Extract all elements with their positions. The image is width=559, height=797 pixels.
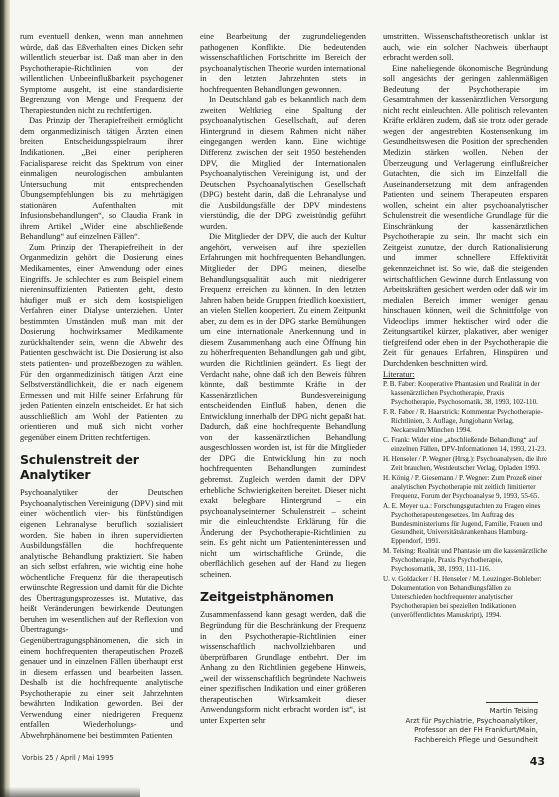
body-paragraph: In Deutschland gab es bekanntlich nach d… xyxy=(200,95,366,232)
author-divider xyxy=(486,702,538,703)
body-paragraph: Das Prinzip der Therapiefreiheit ermögli… xyxy=(20,116,183,243)
literature-list: P. B. Faber: Kooperative Phantasien und … xyxy=(383,380,548,620)
author-affiliation-line: Arzt für Psychiatrie, Psychoanalytiker, xyxy=(388,717,538,727)
literature-item: M. Teising: Realität und Phantasie um di… xyxy=(383,547,548,574)
body-paragraph: Die Mitglieder der DPV, die auch der Kul… xyxy=(200,232,366,580)
literature-heading: Literatur: xyxy=(383,370,548,381)
body-paragraph: umstritten. Wissenschaftstheoretisch unk… xyxy=(383,32,548,64)
body-paragraph: Eine naheliegende ökonomische Begründung… xyxy=(383,64,548,370)
right-column: umstritten. Wissenschaftstheoretisch unk… xyxy=(383,32,548,621)
literature-item: P. B. Faber: Kooperative Phantasien und … xyxy=(383,380,548,407)
book-binding-edge xyxy=(0,0,10,797)
body-paragraph: Psychoanalytiker der Deutschen Psychoana… xyxy=(20,488,183,741)
literature-item: U. v. Goldacker / H. Henseler / M. Leuzi… xyxy=(383,575,548,620)
scan-shadow xyxy=(0,787,140,797)
literature-item: F. R. Faber / R. Haarstrick: Kommentar P… xyxy=(383,408,548,435)
literature-item: H. Henseler / P. Wegner (Hrsg.): Psychoa… xyxy=(383,455,548,473)
section-heading: Zeitgeistphänomen xyxy=(200,589,366,604)
author-affiliation-line: Fachbereich Pflege und Gesundheit xyxy=(388,736,538,746)
publication-footer: Vorbis 25 / April / Mai 1995 xyxy=(22,754,114,762)
middle-column: eine Bearbeitung der zugrundeliegenden p… xyxy=(200,32,366,726)
body-paragraph: Zum Prinzip der Therapiefreiheit in der … xyxy=(20,243,183,443)
body-paragraph: eine Bearbeitung der zugrundeliegenden p… xyxy=(200,32,366,95)
magazine-page: rum eventuell denken, wenn man annehmen … xyxy=(10,0,559,797)
author-name: Martin Teising xyxy=(388,707,538,717)
left-column: rum eventuell denken, wenn man annehmen … xyxy=(20,32,183,741)
literature-item: C. Frank: Wider eine „abschließende Beha… xyxy=(383,436,548,454)
body-paragraph: Zusammenfassend kann gesagt werden, daß … xyxy=(200,610,366,726)
body-paragraph: rum eventuell denken, wenn man annehmen … xyxy=(20,32,183,116)
page-number: 43 xyxy=(530,755,545,768)
literature-item: H. König / P. Giesemann / P. Wegner: Zum… xyxy=(383,474,548,501)
section-heading: Schulenstreit der Analytiker xyxy=(20,452,183,482)
literature-item: A. E. Meyer u.a.: Forschungsgutachten zu… xyxy=(383,502,548,547)
author-info: Martin Teising Arzt für Psychiatrie, Psy… xyxy=(388,702,538,745)
author-affiliation-line: Professor an der FH Frankfurt/Main, xyxy=(388,726,538,736)
